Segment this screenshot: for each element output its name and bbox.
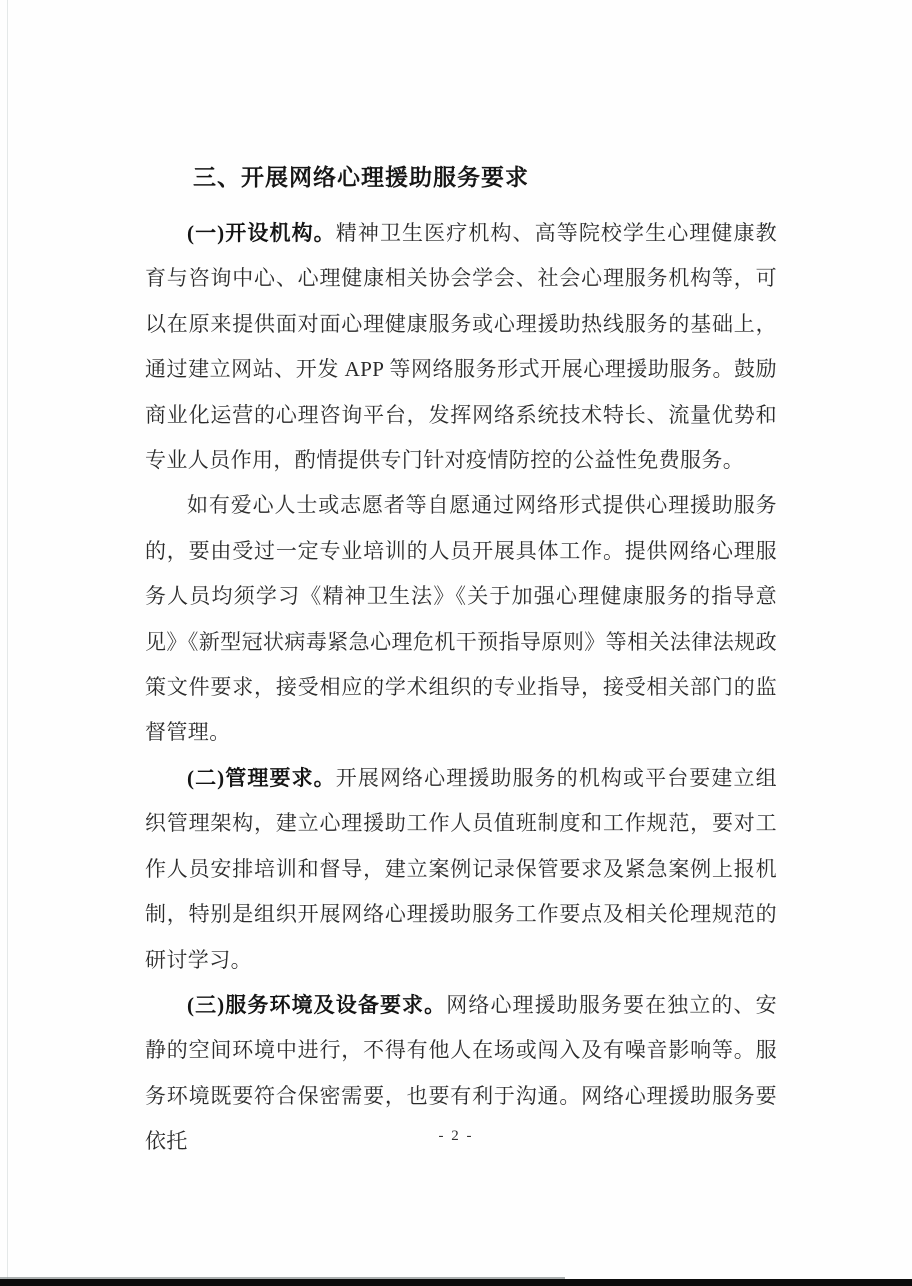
document-content: 三、开展网络心理援助服务要求 (一)开设机构。精神卫生医疗机构、高等院校学生心理… bbox=[145, 158, 777, 1165]
paragraph: 如有爱心人士或志愿者等自愿通过网络形式提供心理援助服务的，要由受过一定专业培训的… bbox=[145, 483, 777, 755]
document-page: 三、开展网络心理援助服务要求 (一)开设机构。精神卫生医疗机构、高等院校学生心理… bbox=[0, 0, 912, 1286]
section-heading: 三、开展网络心理援助服务要求 bbox=[145, 158, 777, 194]
paragraph-text: 开展网络心理援助服务的机构或平台要建立组织管理架构，建立心理援助工作人员值班制度… bbox=[145, 766, 777, 972]
scan-edge-line bbox=[7, 0, 8, 1286]
paragraph-lead: (二)管理要求。 bbox=[187, 766, 336, 790]
body-text: (一)开设机构。精神卫生医疗机构、高等院校学生心理健康教育与咨询中心、心理健康相… bbox=[145, 211, 777, 1165]
paragraph-text: 精神卫生医疗机构、高等院校学生心理健康教育与咨询中心、心理健康相关协会学会、社会… bbox=[145, 221, 777, 472]
paragraph-lead: (三)服务环境及设备要求。 bbox=[187, 993, 446, 1017]
paragraph-lead: (一)开设机构。 bbox=[187, 221, 336, 245]
paragraph: (一)开设机构。精神卫生医疗机构、高等院校学生心理健康教育与咨询中心、心理健康相… bbox=[145, 211, 777, 483]
paragraph-text: 如有爱心人士或志愿者等自愿通过网络形式提供心理援助服务的，要由受过一定专业培训的… bbox=[145, 493, 777, 744]
paragraph: (二)管理要求。开展网络心理援助服务的机构或平台要建立组织管理架构，建立心理援助… bbox=[145, 756, 777, 983]
page-number: - 2 - bbox=[0, 1128, 912, 1145]
scan-bottom-bar bbox=[0, 1279, 912, 1286]
